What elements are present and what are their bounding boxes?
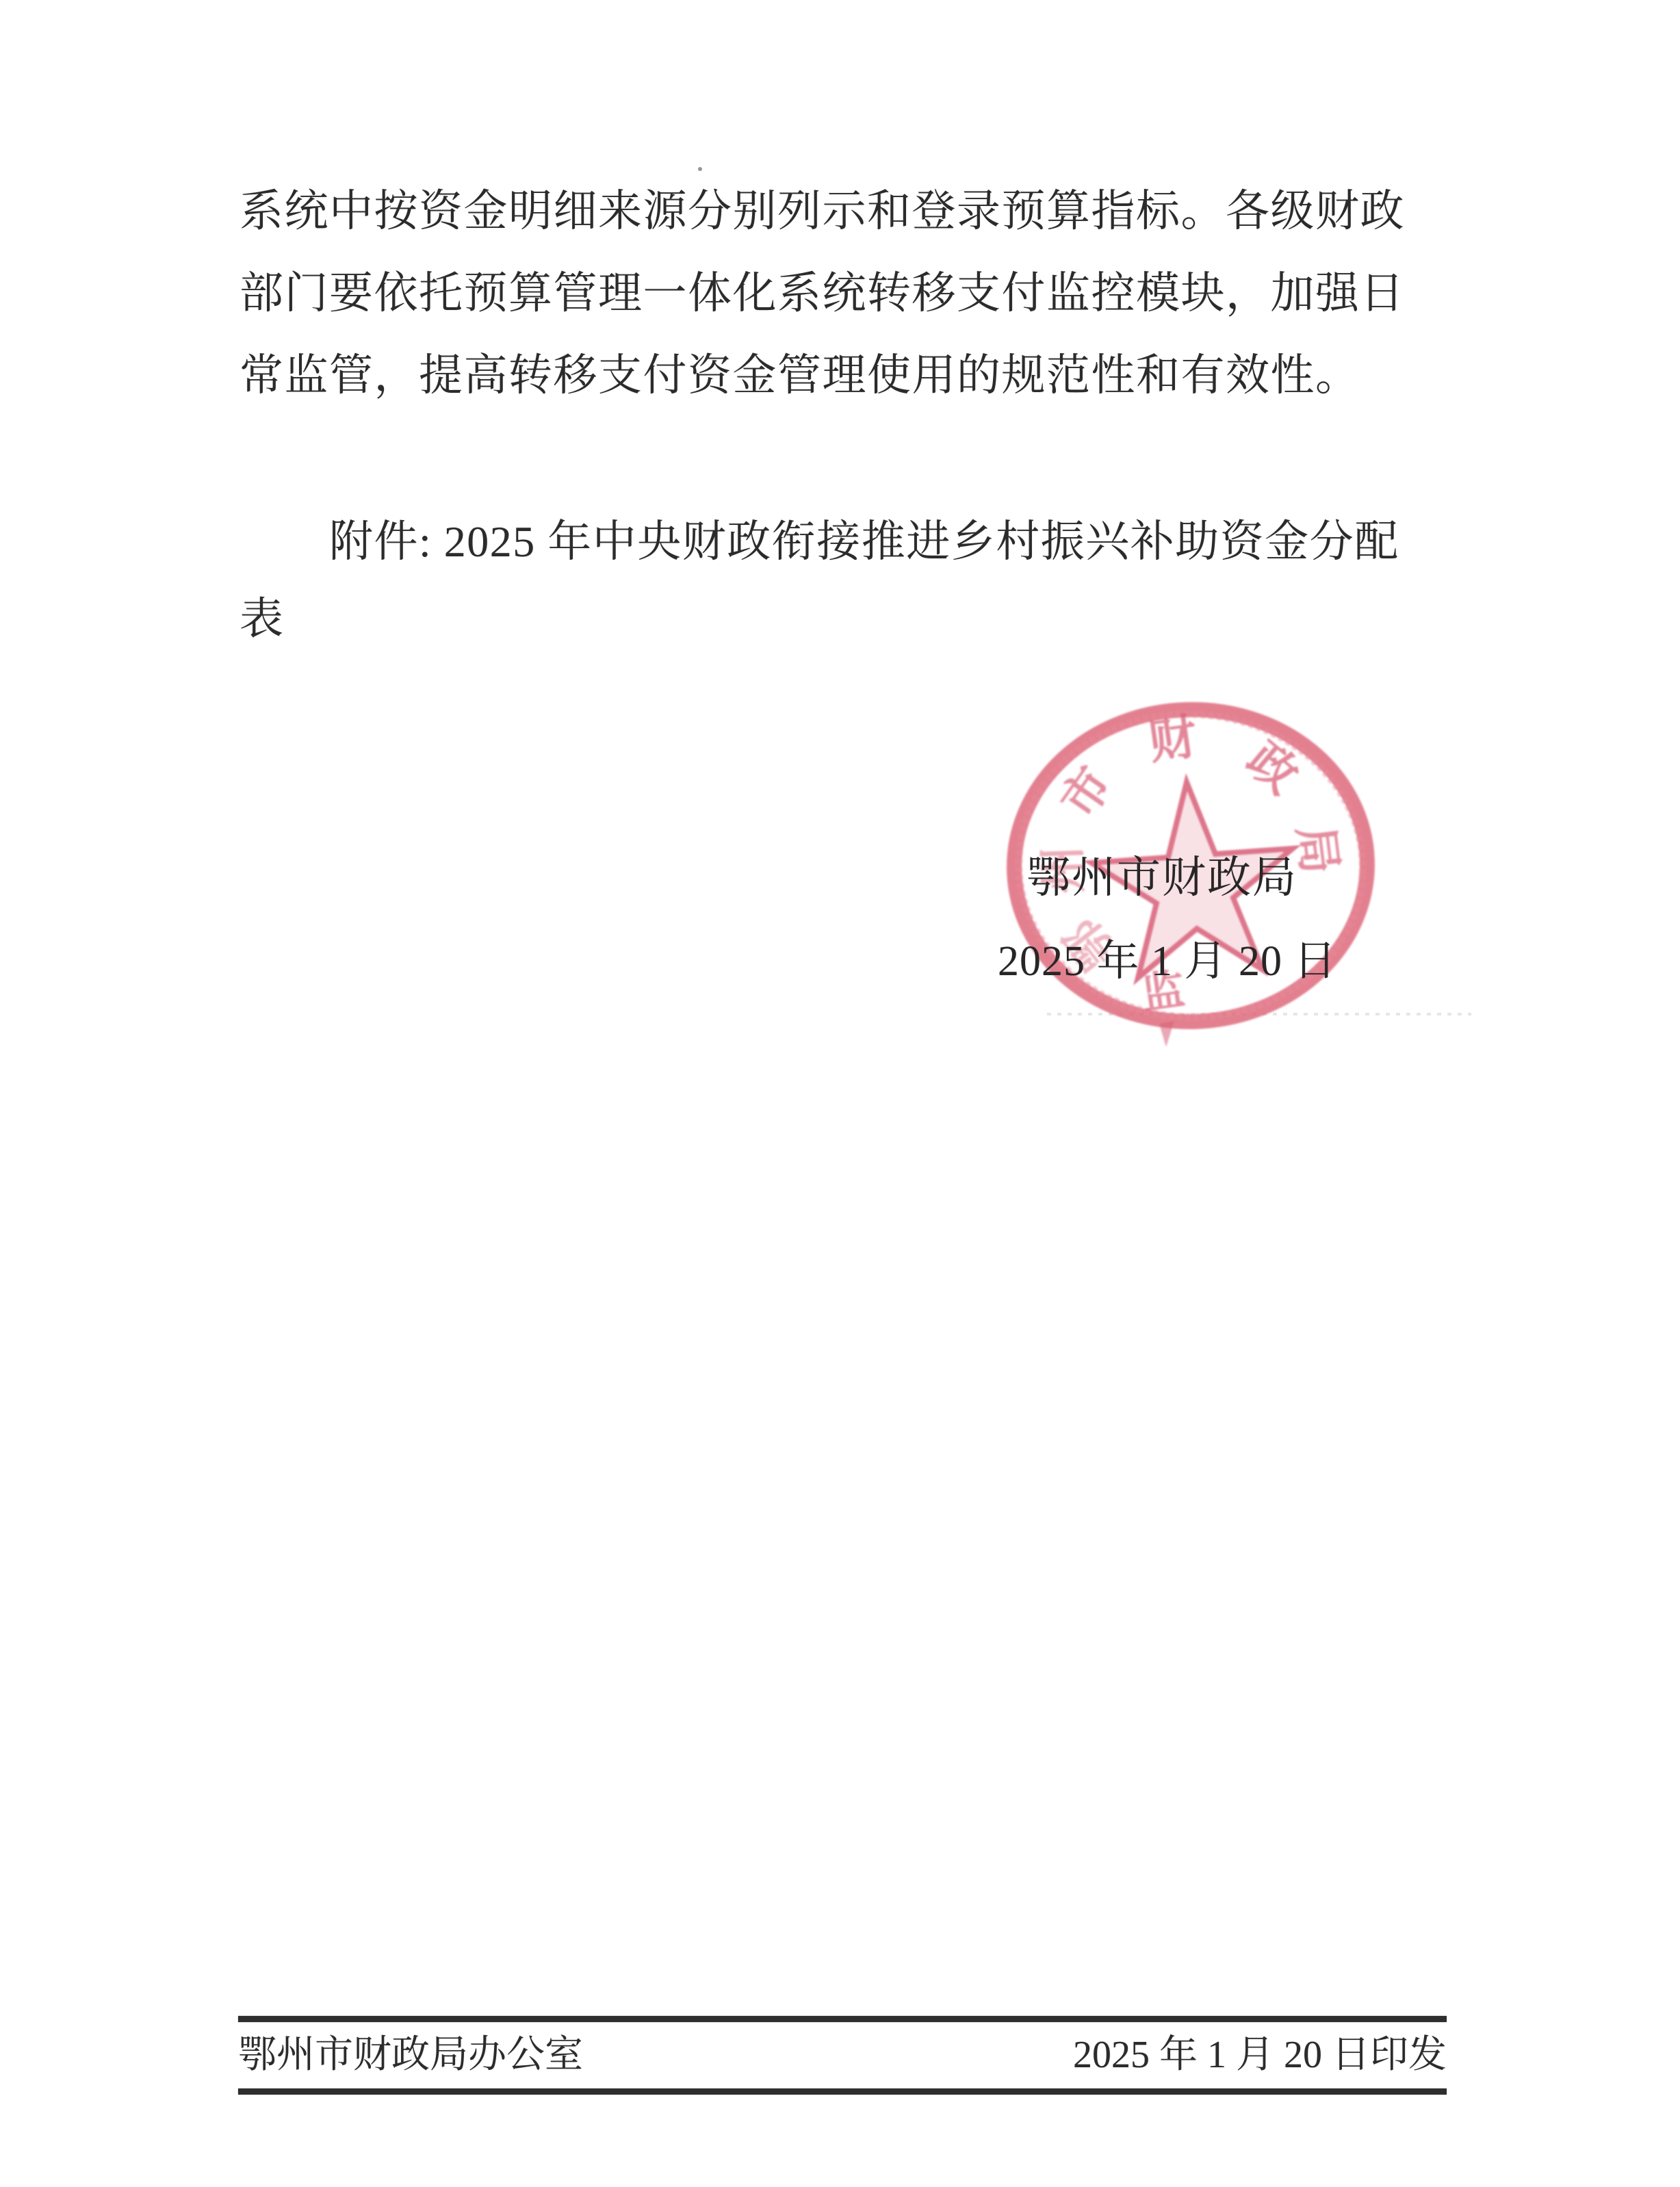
attachment-reference-line: 附件: 2025 年中央财政衔接推进乡村振兴补助资金分配 xyxy=(240,519,1444,565)
body-text-line: 部门要依托预算管理一体化系统转移支付监控模块，加强日 xyxy=(240,270,1444,317)
body-text-line: 常监管，提高转移支付资金管理使用的规范性和有效性。 xyxy=(240,352,1444,399)
attachment-reference-line-wrap: 表 xyxy=(240,596,1444,643)
footer-colophon: 鄂州市财政局办公室 2025 年 1 月 20 日印发 xyxy=(238,2034,1447,2076)
seal-bottom-tail xyxy=(1159,1021,1174,1047)
footer-rule-bottom xyxy=(238,2088,1447,2095)
footer-rule-top xyxy=(238,2016,1447,2022)
footer-print-date: 2025 年 1 月 20 日印发 xyxy=(1073,2034,1447,2076)
issuer-name: 鄂州市财政局 xyxy=(1026,842,1297,905)
body-text-line: 系统中按资金明细来源分别列示和登录预算指标。各级财政 xyxy=(240,188,1444,235)
scan-speck xyxy=(698,167,702,171)
footer-office-name: 鄂州市财政局办公室 xyxy=(238,2034,583,2076)
document-page: 系统中按资金明细来源分别列示和登录预算指标。各级财政 部门要依托预算管理一体化系… xyxy=(0,0,1680,2187)
seal-arc-char: 财 xyxy=(1146,711,1200,770)
issue-date: 2025 年 1 月 20 日 xyxy=(998,927,1337,987)
